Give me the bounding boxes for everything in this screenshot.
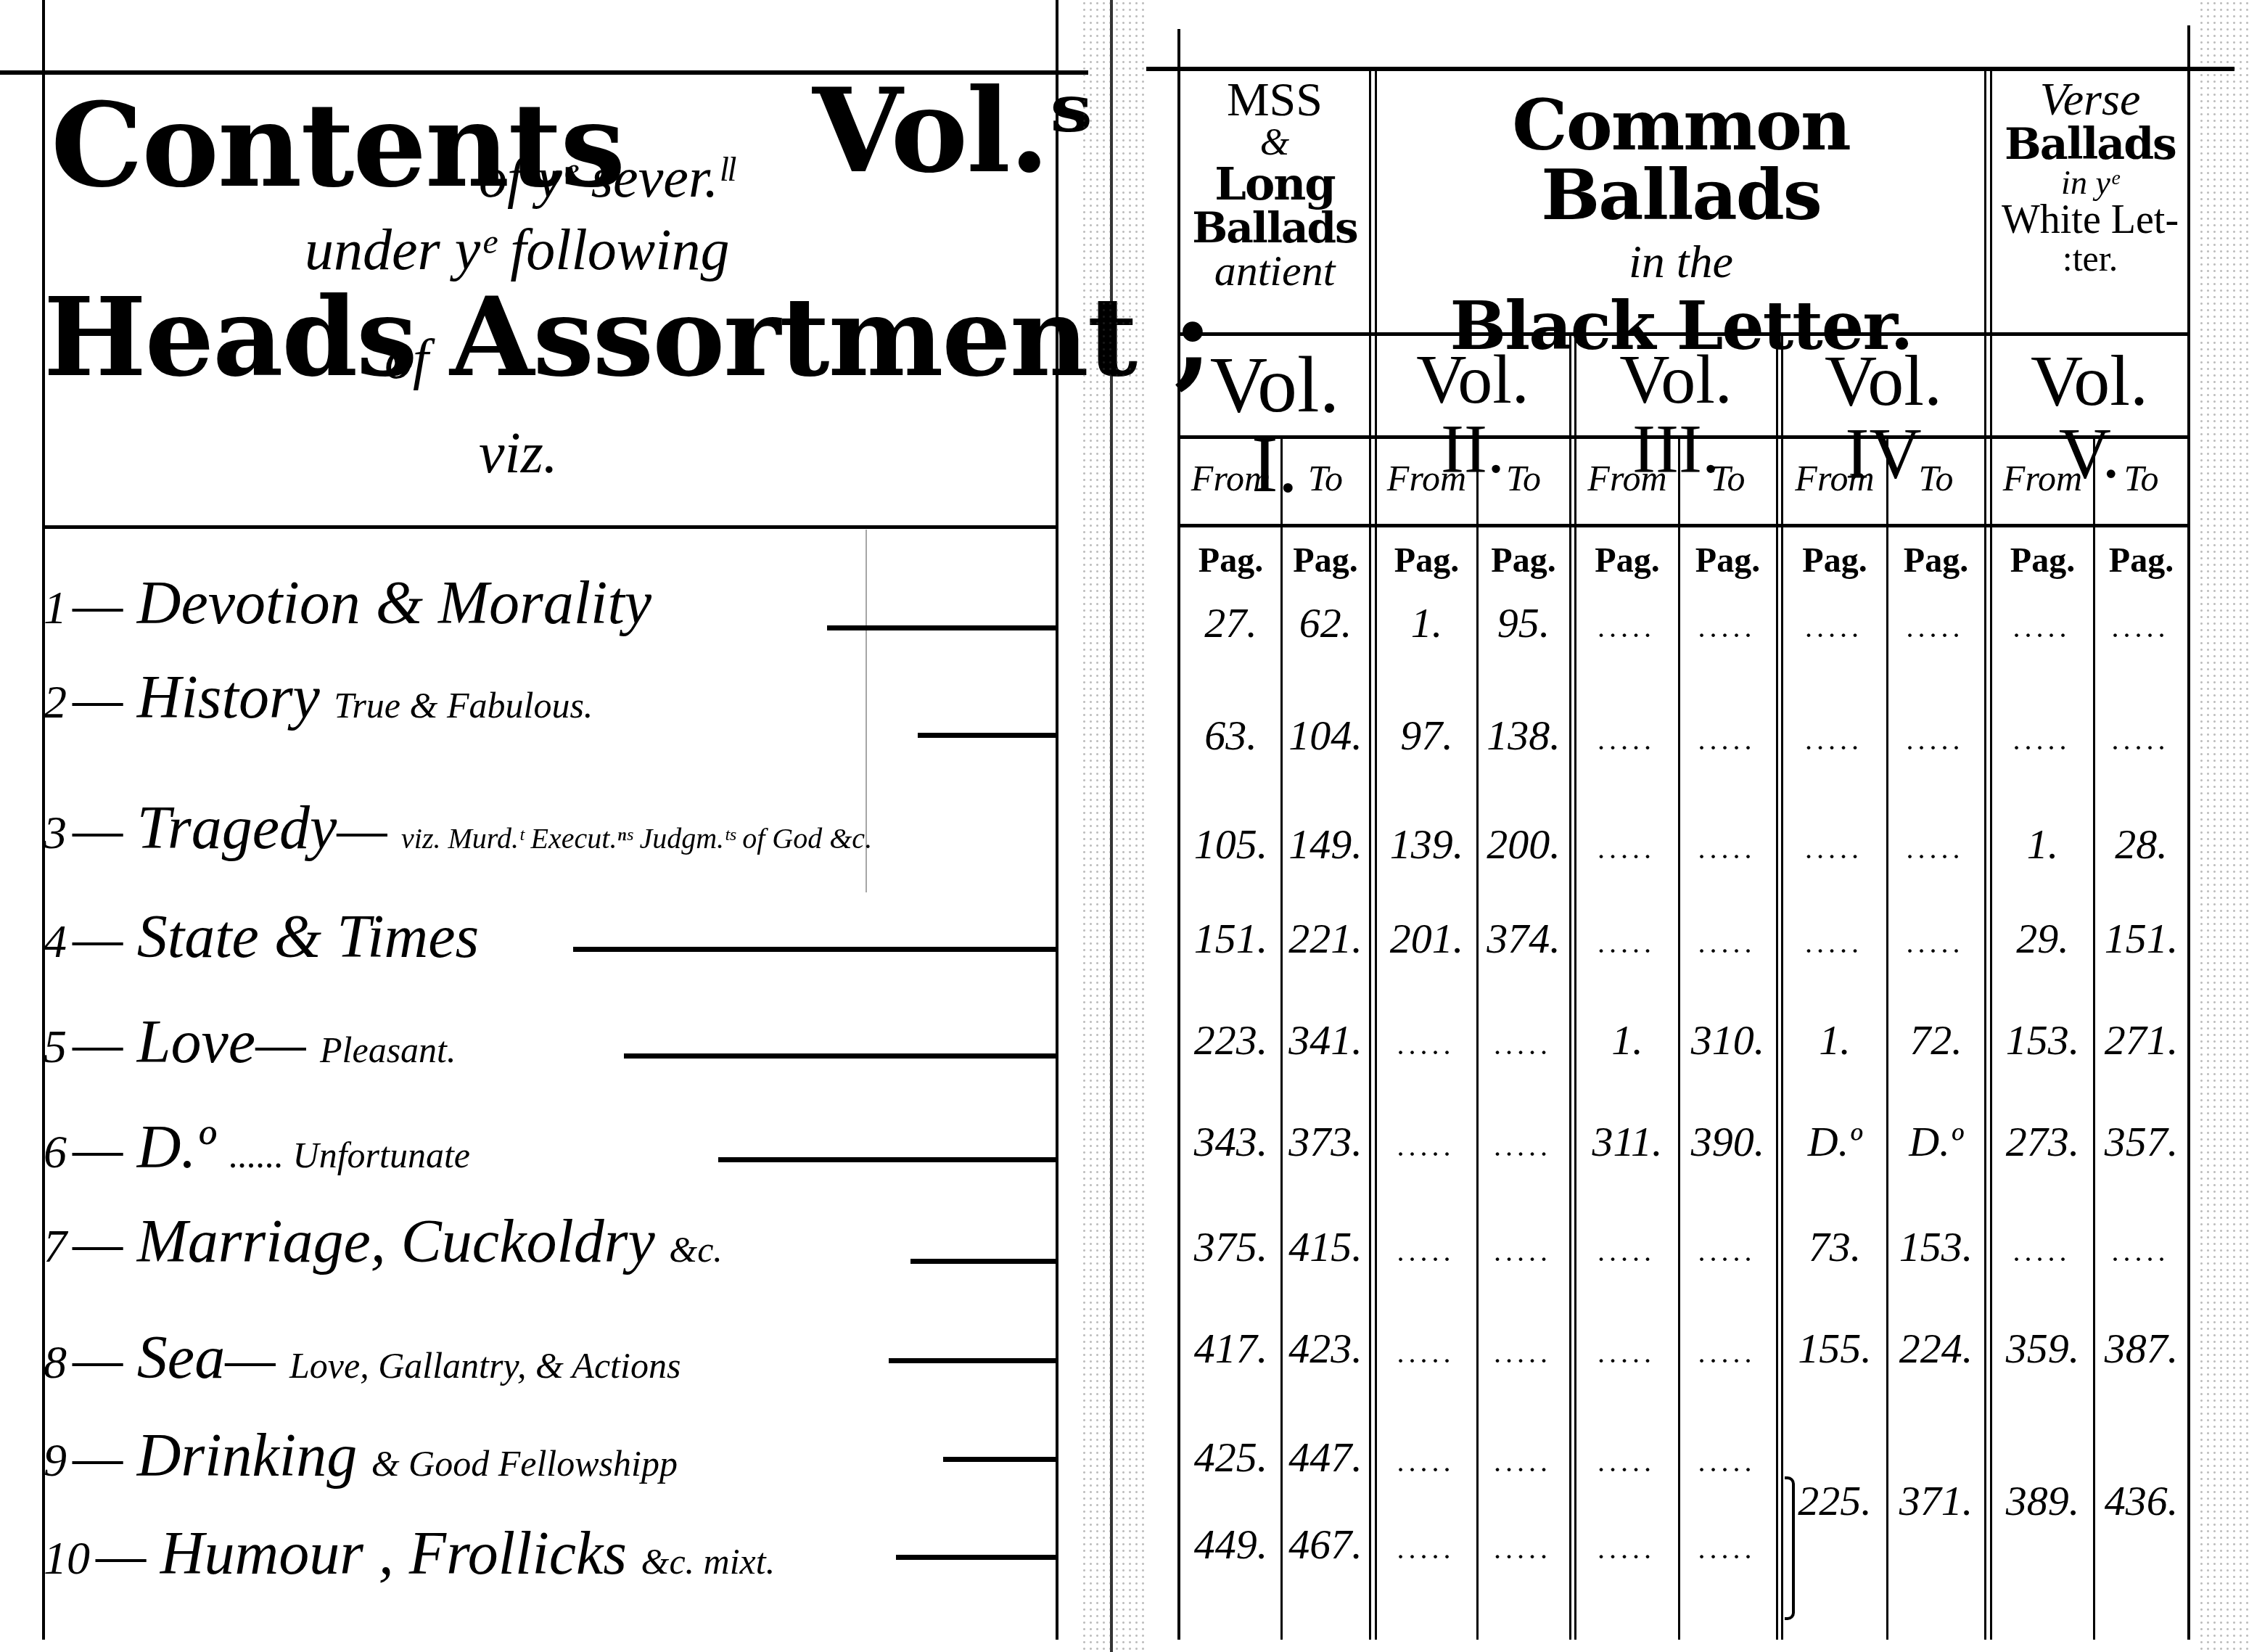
page-cell: 104. (1283, 715, 1368, 757)
page-cell: 271. (2095, 1019, 2187, 1061)
page-cell: 1. (1576, 1019, 1678, 1061)
page-cell: ..... (1576, 726, 1678, 755)
head-number: 9 (44, 1434, 67, 1486)
header-line: :ter. (1994, 240, 2187, 276)
page-cell: 221. (1283, 918, 1368, 960)
page-cell: 343. (1181, 1121, 1280, 1163)
page-cell: 72. (1888, 1019, 1983, 1061)
head-title: Tragedy (137, 794, 337, 862)
head-subtitle: Love, Gallantry, & Actions (289, 1345, 681, 1386)
table-left-rule (1177, 29, 1180, 1640)
header-line: Ballads (1181, 207, 1368, 249)
head-row-4: 4— State & Times (44, 907, 479, 968)
head-subtitle: Pleasant. (320, 1030, 456, 1070)
page-cell: ..... (1783, 834, 1886, 863)
head-number: 3 (44, 807, 67, 858)
header-line: in yᵉ (1994, 166, 2187, 200)
page-cell: 310. (1680, 1019, 1775, 1061)
page-cell: ..... (1680, 929, 1775, 958)
page-cell: ..... (1680, 726, 1775, 755)
header-line: Ballads (1994, 123, 2187, 166)
page-cell: 1. (1377, 602, 1476, 644)
page-cell: ..... (1783, 613, 1886, 642)
page-cell: 359. (1992, 1328, 2093, 1370)
page-cell: ..... (1377, 1534, 1476, 1563)
page-cell: ..... (1377, 1132, 1476, 1161)
volume-divider (1569, 334, 1571, 1640)
head-row-5: 5— Love— Pleasant. (44, 1012, 456, 1073)
page-cell: ..... (1377, 1030, 1476, 1059)
page-cell: 149. (1283, 823, 1368, 866)
page-cell: 389. (1992, 1480, 2093, 1522)
page-cell: 341. (1283, 1019, 1368, 1061)
page-cell: ..... (1576, 1339, 1678, 1368)
header-line: Long (1181, 162, 1368, 207)
page-cell: 153. (1888, 1226, 1983, 1268)
group-header-common-ballads: Common Ballads in the Black Letter. (1378, 91, 1983, 359)
page-cell: ..... (1783, 929, 1886, 958)
head-row-10: 10— Humour , Frollicks &c. mixt. (44, 1524, 775, 1585)
pag-label: Pag. (1992, 541, 2093, 580)
page-cell: 387. (2095, 1328, 2187, 1370)
head-rule (573, 947, 1056, 952)
page-cell: 436. (2095, 1480, 2187, 1522)
page-cell: 27. (1181, 602, 1280, 644)
head-number: 7 (44, 1220, 67, 1272)
page-cell: ..... (1576, 613, 1678, 642)
head-subtitle: &c. (669, 1229, 723, 1270)
pag-label: Pag. (2095, 541, 2187, 580)
group-header-verse-ballads: Verse Ballads in yᵉ White Let- :ter. (1994, 76, 2187, 276)
from-label: From (1377, 457, 1476, 499)
page-cell: ..... (1576, 929, 1678, 958)
page-cell: 1. (1992, 823, 2093, 866)
page-cell: ..... (1992, 1237, 2093, 1266)
paper-texture (2198, 0, 2249, 1652)
page-cell: ..... (1680, 834, 1775, 863)
page-cell: 357. (2095, 1121, 2187, 1163)
from-label: From (1992, 457, 2093, 499)
page-cell: 151. (2095, 918, 2187, 960)
left-page-right-rule (1056, 0, 1058, 1640)
group-header-mss: MSS & Long Ballads antient (1181, 76, 1368, 292)
paper-texture (1081, 0, 1146, 1652)
page-cell: D.º (1888, 1121, 1983, 1163)
header-line: & (1181, 124, 1368, 162)
page-cell: 73. (1783, 1226, 1886, 1268)
page-cell: ..... (1576, 1447, 1678, 1476)
title-of: of (385, 326, 429, 392)
head-subtitle: True & Fabulous. (334, 685, 593, 726)
head-rule (918, 733, 1056, 738)
table-right-rule (2187, 25, 2190, 1640)
pag-label: Pag. (1680, 541, 1775, 580)
top-rule-right (1146, 67, 2234, 71)
title-bottom-rule (42, 525, 1058, 529)
from-label: From (1181, 457, 1280, 499)
head-row-1: 1— Devotion & Morality (44, 573, 651, 634)
page-cell: 374. (1479, 918, 1568, 960)
from-label: From (1576, 457, 1678, 499)
page-cell: ..... (1992, 726, 2093, 755)
head-number: 5 (44, 1021, 67, 1072)
page-cell: ..... (1479, 1534, 1568, 1563)
head-title: History (137, 664, 320, 731)
head-number: 1 (44, 582, 67, 633)
volume-divider (1776, 334, 1778, 1640)
head-rule (910, 1259, 1056, 1264)
page-cell: 95. (1479, 602, 1568, 644)
head-subtitle: ...... Unfortunate (229, 1135, 470, 1175)
head-rule (624, 1053, 1056, 1059)
to-label: To (1479, 457, 1568, 499)
head-number: 8 (44, 1336, 67, 1388)
page-cell: ..... (1377, 1237, 1476, 1266)
head-title: State & Times (137, 903, 479, 971)
from-label: From (1783, 457, 1886, 499)
page-cell: ..... (2095, 613, 2187, 642)
head-rule (718, 1157, 1056, 1162)
page-cell: 311. (1576, 1121, 1678, 1163)
head-subtitle: & Good Fellowshipp (371, 1443, 678, 1484)
page-cell: 449. (1181, 1524, 1280, 1566)
head-row-2: 2— History True & Fabulous. (44, 667, 593, 728)
page-cell: ..... (1576, 834, 1678, 863)
page-cell: D.º (1783, 1121, 1886, 1163)
head-rule (827, 625, 1056, 630)
head-number: 10 (44, 1532, 90, 1584)
page-cell: ..... (1680, 1237, 1775, 1266)
page-cell: ..... (1888, 613, 1983, 642)
head-rule (943, 1457, 1056, 1462)
page-cell: ..... (1576, 1534, 1678, 1563)
page-cell: 97. (1377, 715, 1476, 757)
page-cell: 417. (1181, 1328, 1280, 1370)
page-cell: 223. (1181, 1019, 1280, 1061)
header-line: in the (1378, 239, 1983, 285)
head-title: Sea (137, 1324, 225, 1392)
page-cell: ..... (1479, 1447, 1568, 1476)
page-cell: 467. (1283, 1524, 1368, 1566)
page-cell: 225. (1783, 1480, 1886, 1522)
bracket-rows-9-10 (1785, 1476, 1795, 1620)
page-cell: 415. (1283, 1226, 1368, 1268)
page-cell: ..... (1479, 1030, 1568, 1059)
page-cell: ..... (2095, 726, 2187, 755)
page-cell: ..... (1680, 613, 1775, 642)
page-cell: ..... (1680, 1534, 1775, 1563)
page-cell: 138. (1479, 715, 1568, 757)
page-cell: 425. (1181, 1437, 1280, 1479)
head-title: Humour , Frollicks (160, 1520, 627, 1587)
page-cell: 375. (1181, 1226, 1280, 1268)
header-line: MSS (1181, 76, 1368, 124)
pag-label: Pag. (1783, 541, 1886, 580)
head-title: Devotion & Morality (137, 570, 651, 637)
page-cell: 1. (1783, 1019, 1886, 1061)
head-number: 6 (44, 1126, 67, 1178)
head-title: Love (137, 1008, 255, 1076)
to-label: To (2095, 457, 2187, 499)
page-cell: 105. (1181, 823, 1280, 866)
header-line: antient (1181, 249, 1368, 292)
pag-label: Pag. (1283, 541, 1368, 580)
head-row-7: 7— Marriage, Cuckoldry &c. (44, 1212, 723, 1273)
fromto-header-bottom-rule (1179, 524, 2189, 527)
to-label: To (1680, 457, 1775, 499)
page-cell: 29. (1992, 918, 2093, 960)
page-cell: 371. (1888, 1480, 1983, 1522)
page-cell: 273. (1992, 1121, 2093, 1163)
pag-label: Pag. (1888, 541, 1983, 580)
page-cell: ..... (1479, 1132, 1568, 1161)
title-of-several: of yᵉ sever.ˡˡ (479, 145, 733, 210)
page-cell: 63. (1181, 715, 1280, 757)
page-cell: 200. (1479, 823, 1568, 866)
page-cell: ..... (1377, 1447, 1476, 1476)
head-number: 4 (44, 916, 67, 967)
head-title: Marriage, Cuckoldry (137, 1208, 655, 1275)
title-vols: Vol.ˢ (813, 73, 1093, 189)
page-cell: ..... (1377, 1339, 1476, 1368)
volume-divider (1781, 334, 1783, 1640)
group-divider (1984, 69, 1986, 1640)
head-number: 2 (44, 676, 67, 728)
group-divider (1369, 69, 1371, 1640)
page-cell: 155. (1783, 1328, 1886, 1370)
page-cell: ..... (1888, 929, 1983, 958)
head-rule (889, 1358, 1056, 1363)
page-cell: 139. (1377, 823, 1476, 866)
header-line: Common Ballads (1378, 91, 1983, 230)
page-cell: 151. (1181, 918, 1280, 960)
page-cell: 224. (1888, 1328, 1983, 1370)
head-row-9: 9— Drinking & Good Fellowshipp (44, 1426, 678, 1487)
page-cell: ..... (2095, 1237, 2187, 1266)
page-cell: 447. (1283, 1437, 1368, 1479)
pag-label: Pag. (1576, 541, 1678, 580)
page-cell: ..... (1783, 726, 1886, 755)
head-row-8: 8— Sea— Love, Gallantry, & Actions (44, 1328, 681, 1389)
title-viz: viz. (479, 421, 558, 487)
page-cell: ..... (1888, 834, 1983, 863)
title-heads: Heads (44, 283, 416, 392)
head-row-6: 6— D.º ...... Unfortunate (44, 1117, 470, 1178)
page-cell: 423. (1283, 1328, 1368, 1370)
head-row-3: 3— Tragedy— viz. Murd.ᵗ Execut.ⁿˢ Judgm.… (44, 798, 872, 859)
page-cell: 28. (2095, 823, 2187, 866)
head-subtitle: &c. mixt. (641, 1541, 776, 1582)
page-cell: 390. (1680, 1121, 1775, 1163)
page-cell: ..... (1479, 1237, 1568, 1266)
header-line: White Let- (1994, 200, 2187, 240)
page-cell: ..... (1576, 1237, 1678, 1266)
header-line: Verse (1994, 76, 2187, 123)
page-cell: 153. (1992, 1019, 2093, 1061)
page-cell: ..... (1888, 726, 1983, 755)
pag-label: Pag. (1377, 541, 1476, 580)
page-cell: ..... (1680, 1339, 1775, 1368)
head-title: D.º (137, 1114, 215, 1181)
volume-divider (1574, 334, 1576, 1640)
page-cell: ..... (1680, 1447, 1775, 1476)
to-label: To (1283, 457, 1368, 499)
page-cell: ..... (1992, 613, 2093, 642)
pag-label: Pag. (1479, 541, 1568, 580)
page-cell: 373. (1283, 1121, 1368, 1163)
head-rule (896, 1555, 1056, 1560)
head-subtitle: viz. Murd.ᵗ Execut.ⁿˢ Judgm.ᵗˢ of God &c… (401, 822, 872, 855)
page-cell: 201. (1377, 918, 1476, 960)
head-title: Drinking (137, 1422, 357, 1489)
pag-label: Pag. (1181, 541, 1280, 580)
to-label: To (1888, 457, 1983, 499)
page-cell: ..... (1479, 1339, 1568, 1368)
page-cell: 62. (1283, 602, 1368, 644)
